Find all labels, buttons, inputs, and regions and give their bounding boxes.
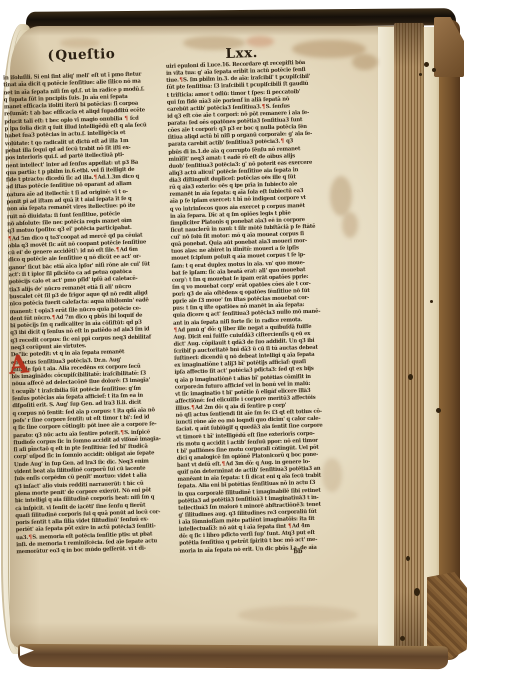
red-paraph-mark: ¶ (261, 104, 266, 110)
running-header-questio: (Queſtio (47, 46, 115, 64)
red-paraph-mark: ¶ (8, 236, 13, 242)
wormhole (419, 73, 422, 76)
text-column-right: uiri epuloni dī Luce.16. Recordare qt re… (166, 59, 334, 555)
text-column-left: in iſoluſili. Si eni ſint aliq' meli' eſ… (3, 71, 166, 557)
rubricated-initial: A (8, 351, 30, 378)
red-paraph-mark: ¶ (120, 429, 125, 435)
wormhole (424, 62, 429, 67)
book-photograph: (Queſtio Lxx. in iſoluſili. Si eni ſint … (0, 0, 521, 700)
foxing-stain (238, 606, 358, 624)
header-paraph-mark: ( (47, 48, 54, 64)
red-paraph-mark: ¶ (287, 523, 292, 529)
book-bottom-edge (18, 644, 448, 669)
wormhole (400, 636, 405, 641)
red-paraph-mark: ¶ (28, 534, 33, 540)
running-header-left-text: Queſtio (55, 46, 115, 64)
foxing-stain (330, 176, 352, 216)
red-paraph-mark: ¶ (93, 175, 98, 181)
wormhole (414, 588, 420, 596)
red-paraph-mark: ¶ (51, 315, 56, 321)
red-paraph-mark: ¶ (173, 327, 178, 333)
running-header-folio-number: Lxx. (225, 45, 258, 62)
foxing-stain (352, 54, 378, 70)
binding-board (439, 20, 460, 660)
wormhole (408, 374, 413, 380)
wormhole (406, 556, 410, 561)
wormhole (432, 68, 436, 72)
wormhole (430, 300, 433, 303)
foxing-stain (342, 212, 358, 238)
wormhole (436, 408, 441, 413)
text-block: (Queſtio Lxx. in iſoluſili. Si eni ſint … (0, 40, 328, 575)
red-paraph-mark: ¶ (280, 139, 285, 145)
red-paraph-mark: ¶ (191, 405, 196, 411)
quire-signature-mark: bb (293, 547, 302, 555)
red-paraph-mark: ¶ (124, 115, 129, 121)
red-paraph-mark: ¶ (115, 247, 120, 253)
red-paraph-mark: ¶ (179, 77, 184, 83)
red-paraph-mark: ¶ (221, 461, 226, 467)
